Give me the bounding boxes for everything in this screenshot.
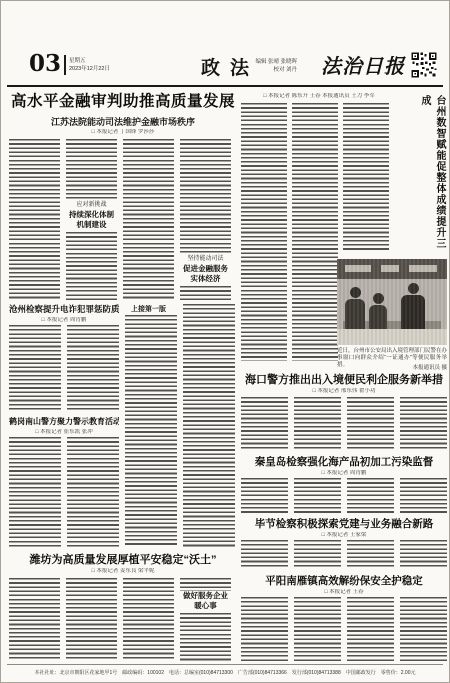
date-label: 2023年12月22日: [69, 65, 110, 73]
lead-article-title: 高水平金融审判助推高质量发展: [9, 92, 237, 112]
taizhou-vertical-title: 台州数智赋能促整体成绩提升三成: [403, 95, 447, 255]
page-number: 03: [29, 51, 61, 77]
kicker: 坚持能动司法: [180, 255, 231, 264]
text-column: [343, 103, 389, 251]
text-column: [9, 325, 61, 411]
newspaper-page: 03 星期五 2023年12月22日 政法 编辑 张晴 张晓晖 校对 刘丹 法治…: [0, 0, 450, 683]
editor-line: 编辑 张晴 张晓晖: [255, 58, 297, 66]
article-subhead: 持续深化体制机制建设: [66, 210, 117, 230]
cangzhou-byline: □ 本报记者 周宵鹏: [9, 317, 119, 324]
footer-info: 本社社址：北京市朝阳区花家地甲1号 邮政编码：100102 电话：总编室(010…: [9, 669, 441, 676]
kicker: 应对新挑战: [66, 201, 117, 210]
bijie-byline: □ 本报记者 王家梁: [241, 532, 447, 539]
text-column: [400, 397, 447, 451]
qinhuangdao-title: 秦皇岛检察强化海产品初加工污染监督: [241, 456, 447, 469]
text-block: [180, 613, 231, 661]
header-divider: [64, 55, 66, 75]
text-block: [180, 139, 231, 255]
text-column: [241, 540, 288, 569]
text-column: [123, 578, 174, 661]
haikou-title: 海口警方推出出入境便民利企服务新举措: [241, 373, 447, 387]
weifang-title: 潍坊为高质量发展厚植平安稳定“沃土”: [9, 553, 237, 567]
text-column: [347, 540, 394, 569]
text-column: [67, 437, 119, 547]
bijie-title: 毕节检察积极探索党建与业务融合新路: [241, 518, 447, 531]
text-column: [400, 540, 447, 569]
text-column: 应对新挑战 持续深化体制机制建设: [66, 139, 117, 301]
news-photo: [337, 259, 447, 345]
text-column: [241, 597, 288, 661]
pingyang-byline: □ 本报记者 王春: [241, 589, 447, 596]
text-block: [66, 232, 117, 301]
haikou-byline: □ 本报记者 邢东伟 翟小功: [241, 388, 447, 395]
lead-article-byline: □ 本报记者 丁国锋 罗莎莎: [9, 129, 237, 136]
footer-rule: [7, 664, 443, 665]
text-column: [400, 597, 447, 661]
text-column: [9, 578, 60, 661]
text-column: [66, 578, 117, 661]
photo-credit: 本报通讯员 摄: [337, 363, 447, 371]
text-column: [183, 304, 235, 547]
text-column: [123, 139, 174, 301]
text-block: [180, 578, 231, 591]
text-column: [347, 597, 394, 661]
text-column: [241, 478, 288, 513]
text-column: [292, 103, 338, 361]
text-column: [67, 325, 119, 411]
qinhuangdao-byline: □ 本报记者 周宵鹏: [241, 470, 447, 477]
weifang-byline: □ 本报记者 姜东良 梁平妮: [9, 568, 237, 575]
text-column: [400, 478, 447, 513]
masthead: 法治日报: [321, 50, 405, 79]
weekday-label: 星期五: [69, 57, 110, 65]
text-column: [347, 397, 394, 451]
text-column: [241, 103, 287, 361]
jump-marker: 上接第一版: [131, 304, 166, 314]
proof-line: 校对 刘丹: [255, 66, 297, 74]
photo-grain: [337, 259, 447, 345]
text-column: [294, 597, 341, 661]
pingyang-title: 平阳南雁镇高效解纷保安全护稳定: [241, 575, 447, 588]
text-column: 做好服务企业暖心事: [180, 578, 231, 661]
header-rule: [7, 85, 443, 87]
text-column: [9, 437, 61, 547]
text-block: [66, 139, 117, 201]
hegang-title: 鹤岗南山警方聚力警示教育活动: [9, 416, 119, 427]
section-title: 政法: [121, 53, 329, 80]
cangzhou-title: 沧州检察提升电诈犯罪惩防质效: [9, 304, 119, 315]
article-subhead: 做好服务企业暖心事: [180, 591, 231, 611]
text-column: [347, 478, 394, 513]
qr-code-icon: [411, 52, 437, 78]
text-block: [180, 286, 231, 301]
taizhou-byline: □ 本报记者 陈东升 王春 本报通讯员 王力 李军: [241, 93, 397, 100]
lead-article-subtitle: 江苏法院能动司法维护金融市场秩序: [9, 115, 237, 128]
text-column: [241, 397, 288, 451]
text-column: [294, 397, 341, 451]
article-subhead: 促进金融服务实体经济: [180, 264, 231, 284]
text-column: [294, 540, 341, 569]
text-column: 坚持能动司法 促进金融服务实体经济: [180, 139, 231, 301]
text-column: [125, 315, 177, 547]
hegang-byline: □ 本报记者 崔东凯 张冲: [9, 429, 119, 436]
text-column: [294, 478, 341, 513]
text-column: [9, 139, 60, 301]
